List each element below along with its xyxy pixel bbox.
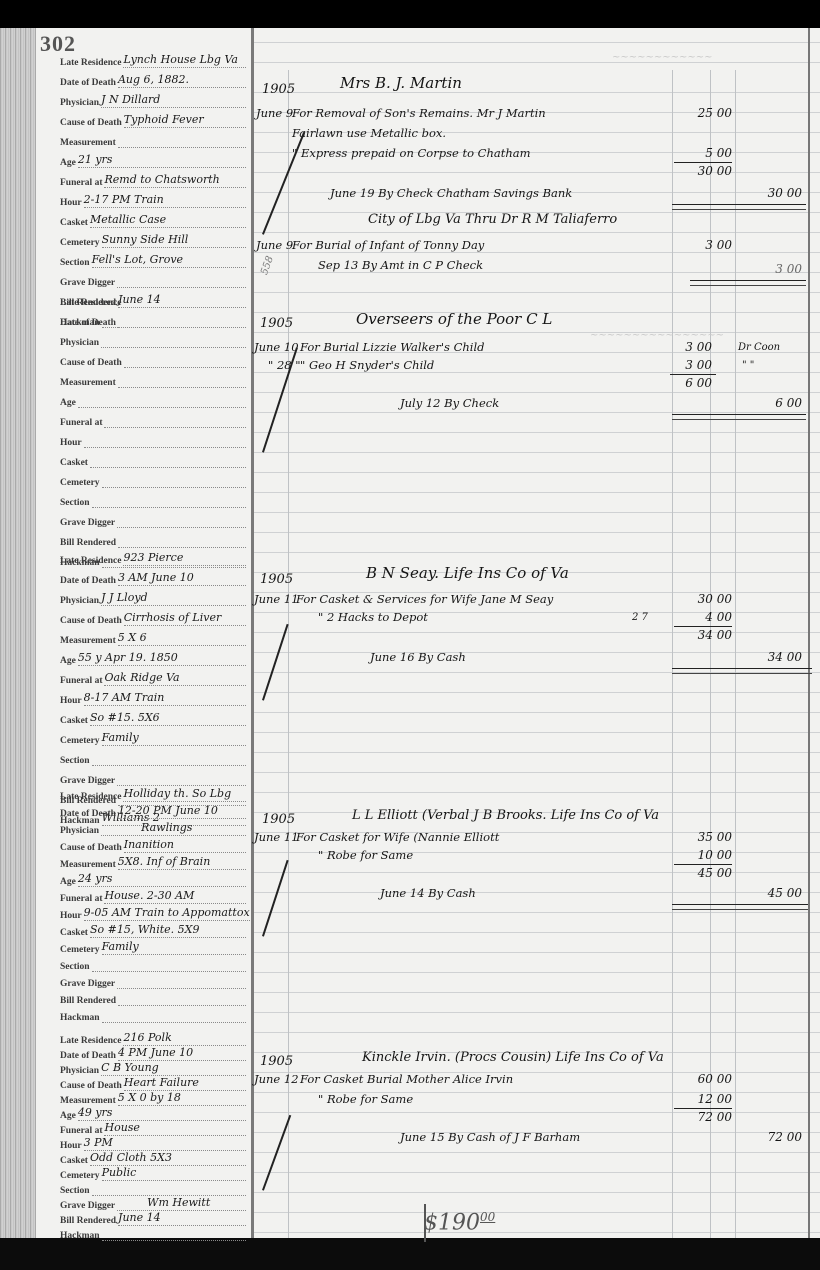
- field-cause-of-death: Cause of DeathTyphoid Fever: [60, 112, 246, 128]
- field-cause-of-death: Cause of DeathHeart Failure: [60, 1075, 246, 1091]
- field-date-of-death: Date of DeathAug 6, 1882.: [60, 72, 246, 88]
- closing-double-rule: [672, 414, 806, 420]
- subtotal-amount: 72 00: [670, 1110, 732, 1124]
- field-late-residence: Late Residence: [60, 292, 246, 308]
- entry-note: Dr Coon: [738, 342, 780, 353]
- book-page-edges: [0, 28, 40, 1238]
- subtotal-rule: [674, 864, 732, 865]
- field-date-of-death: Date of Death4 PM June 10: [60, 1045, 246, 1061]
- payment-amount: 45 00: [740, 886, 802, 900]
- entry-date: June 12: [254, 1072, 299, 1086]
- entry-date: June 9: [256, 238, 293, 252]
- closing-double-rule: [672, 204, 806, 210]
- field-late-residence: Late Residence923 Pierce: [60, 550, 246, 566]
- field-bill-rendered: Bill RenderedJune 14: [60, 1210, 246, 1226]
- field-hour: Hour8-17 AM Train: [60, 690, 246, 706]
- payment-amount: 72 00: [740, 1130, 802, 1144]
- field-grave-digger: Grave Digger: [60, 973, 246, 989]
- field-funeral-at: Funeral at: [60, 412, 246, 428]
- entry-date: " 28 ": [268, 358, 301, 372]
- field-age: Age55 y Apr 19. 1850: [60, 650, 246, 666]
- entry-amount: 25 00: [670, 106, 732, 120]
- field-late-residence: Late Residence216 Polk: [60, 1030, 246, 1046]
- entry-note: 2 7: [632, 612, 648, 623]
- account-name: Overseers of the Poor C L: [356, 310, 552, 328]
- subtotal-rule: [674, 1108, 732, 1109]
- field-section: Section: [60, 492, 246, 508]
- subtotal-amount: 45 00: [670, 866, 732, 880]
- field-hour: Hour: [60, 432, 246, 448]
- entry-description: Fairlawn use Metallic box.: [292, 126, 446, 140]
- field-hour: Hour3 PM: [60, 1135, 246, 1151]
- field-physician: PhysicianRawlings: [60, 820, 246, 836]
- payment-amount: 6 00: [740, 396, 802, 410]
- field-physician: PhysicianJ J Lloyd: [60, 590, 246, 606]
- field-cause-of-death: Cause of DeathInanition: [60, 837, 246, 853]
- account-name: Mrs B. J. Martin: [340, 74, 462, 92]
- field-date-of-death: Date of Death12-20 PM June 10: [60, 803, 246, 819]
- field-measurement: Measurement: [60, 372, 246, 388]
- closing-double-rule: [672, 668, 812, 674]
- field-grave-digger: Grave Digger: [60, 512, 246, 528]
- field-funeral-at: Funeral atHouse. 2-30 AM: [60, 888, 246, 904]
- payment-description: Sep 13 By Amt in C P Check: [318, 258, 483, 272]
- field-measurement: Measurement5X8. Inf of Brain: [60, 854, 246, 870]
- field-late-residence: Late ResidenceLynch House Lbg Va: [60, 52, 246, 68]
- entry-amount: 3 00: [670, 340, 712, 354]
- field-section: Section: [60, 956, 246, 972]
- subtotal-rule: [674, 162, 732, 163]
- subtotal-amount: 6 00: [670, 376, 712, 390]
- field-physician: PhysicianJ N Dillard: [60, 92, 246, 108]
- field-casket: CasketMetallic Case: [60, 212, 246, 228]
- field-section: Section: [60, 1180, 246, 1196]
- entry-amount: 10 00: [670, 848, 732, 862]
- field-cause-of-death: Cause of DeathCirrhosis of Liver: [60, 610, 246, 626]
- payment-description: June 14 By Cash: [380, 886, 476, 900]
- payment-amount: 34 00: [740, 650, 802, 664]
- subtotal-amount: 34 00: [670, 628, 732, 642]
- field-age: Age24 yrs: [60, 871, 246, 887]
- field-measurement: Measurement5 X 0 by 18: [60, 1090, 246, 1106]
- account-name: City of Lbg Va Thru Dr R M Taliaferro: [368, 212, 617, 227]
- payment-amount: 3 00: [740, 262, 802, 276]
- closing-double-rule: [672, 904, 808, 910]
- entry-amount: 3 00: [670, 238, 732, 252]
- entry-amount: 60 00: [670, 1072, 732, 1086]
- field-grave-digger: Grave Digger: [60, 770, 246, 786]
- field-cemetery: Cemetery: [60, 472, 246, 488]
- credit-column-rule: [735, 70, 736, 1238]
- entry-description: For Casket & Services for Wife Jane M Se…: [296, 592, 553, 606]
- field-casket: CasketSo #15. 5X6: [60, 710, 246, 726]
- field-hackman: Hackman: [60, 1225, 246, 1241]
- field-casket: Casket: [60, 452, 246, 468]
- entry-note: " ": [742, 360, 754, 371]
- entry-amount: 4 00: [670, 610, 732, 624]
- field-physician: PhysicianC B Young: [60, 1060, 246, 1076]
- entry-date: June 9: [256, 106, 293, 120]
- closing-double-rule: [690, 280, 806, 286]
- entry-description: For Casket Burial Mother Alice Irvin: [300, 1072, 513, 1086]
- field-cemetery: CemeteryFamily: [60, 730, 246, 746]
- field-physician: Physician: [60, 332, 246, 348]
- field-measurement: Measurement: [60, 132, 246, 148]
- entry-description: For Burial of Infant of Tonny Day: [292, 238, 484, 252]
- entry-amount: 30 00: [670, 592, 732, 606]
- page-right-edge: [808, 28, 810, 1238]
- subtotal-amount: 30 00: [670, 164, 732, 178]
- entry-description: " Robe for Same: [318, 1092, 413, 1106]
- field-late-residence: Late ResidenceHolliday th. So Lbg: [60, 786, 246, 802]
- field-hour: Hour2-17 PM Train: [60, 192, 246, 208]
- field-bill-rendered: Bill Rendered: [60, 990, 246, 1006]
- field-grave-digger: Grave Digger: [60, 272, 246, 288]
- entry-amount: 3 00: [670, 358, 712, 372]
- entry-amount: 5 00: [670, 146, 732, 160]
- field-section: SectionFell's Lot, Grove: [60, 252, 246, 268]
- field-section: Section: [60, 750, 246, 766]
- ledger-year: 1905: [260, 572, 293, 587]
- entry-date: June 10: [254, 340, 299, 354]
- payment-description: June 16 By Cash: [370, 650, 466, 664]
- field-cemetery: CemeteryPublic: [60, 1165, 246, 1181]
- field-measurement: Measurement5 X 6: [60, 630, 246, 646]
- entry-description: " Geo H Snyder's Child: [300, 358, 434, 372]
- account-name: Kinckle Irvin. (Procs Cousin) Life Ins C…: [362, 1050, 664, 1065]
- payment-description: July 12 By Check: [400, 396, 499, 410]
- ledger-year: 1905: [260, 316, 293, 331]
- field-hour: Hour9-05 AM Train to Appomattox: [60, 905, 246, 921]
- field-funeral-at: Funeral atOak Ridge Va: [60, 670, 246, 686]
- subtotal-rule: [674, 626, 732, 627]
- page-total-note: $19000: [424, 1210, 495, 1235]
- field-date-of-death: Date of Death3 AM June 10: [60, 570, 246, 586]
- payment-description: June 19 By Check Chatham Savings Bank: [330, 186, 572, 200]
- field-cemetery: CemeteryFamily: [60, 939, 246, 955]
- field-age: Age49 yrs: [60, 1105, 246, 1121]
- entry-amount: 12 00: [670, 1092, 732, 1106]
- ledger-year: 1905: [262, 82, 295, 97]
- ledger-year: 1905: [260, 1054, 293, 1069]
- entry-description: " 2 Hacks to Depot: [318, 610, 428, 624]
- book-shadow: [0, 1238, 820, 1270]
- field-grave-digger: Grave DiggerWm Hewitt: [60, 1195, 246, 1211]
- bleed-through-text: ~~~~~~~~~~~~: [612, 52, 713, 63]
- subtotal-rule: [670, 374, 716, 375]
- entry-description: For Casket for Wife (Nannie Elliott: [296, 830, 499, 844]
- payment-amount: 30 00: [740, 186, 802, 200]
- column-divider: [251, 28, 254, 1238]
- ledger-year: 1905: [262, 812, 295, 827]
- field-age: Age21 yrs: [60, 152, 246, 168]
- account-name: B N Seay. Life Ins Co of Va: [366, 564, 569, 582]
- field-casket: CasketSo #15, White. 5X9: [60, 922, 246, 938]
- payment-description: June 15 By Cash of J F Barham: [400, 1130, 580, 1144]
- field-hackman: Hackman: [60, 1007, 246, 1023]
- field-cemetery: CemeterySunny Side Hill: [60, 232, 246, 248]
- account-name: L L Elliott (Verbal J B Brooks. Life Ins…: [352, 808, 659, 823]
- entry-date: June 11: [254, 592, 299, 606]
- entry-amount: 35 00: [670, 830, 732, 844]
- field-bill-rendered: Bill Rendered: [60, 532, 246, 548]
- field-funeral-at: Funeral atHouse: [60, 1120, 246, 1136]
- entry-date: June 11: [254, 830, 299, 844]
- entry-description: For Removal of Son's Remains. Mr J Marti…: [292, 106, 546, 120]
- field-date-of-death: Date of Death: [60, 312, 246, 328]
- field-casket: CasketOdd Cloth 5X3: [60, 1150, 246, 1166]
- entry-description: " Express prepaid on Corpse to Chatham: [292, 146, 531, 160]
- field-age: Age: [60, 392, 246, 408]
- entry-description: For Burial Lizzie Walker's Child: [300, 340, 485, 354]
- field-funeral-at: Funeral atRemd to Chatsworth: [60, 172, 246, 188]
- field-cause-of-death: Cause of Death: [60, 352, 246, 368]
- entry-description: " Robe for Same: [318, 848, 413, 862]
